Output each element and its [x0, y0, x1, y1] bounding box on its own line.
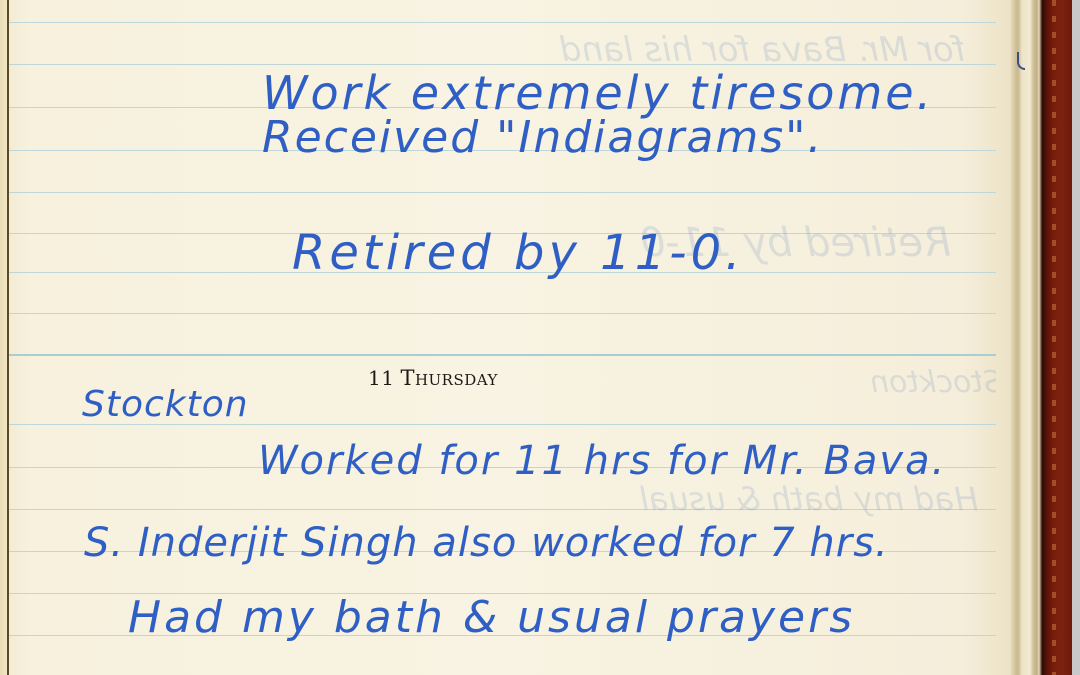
book-cover	[1042, 0, 1072, 675]
handwritten-line: Worked for 11 hrs for Mr. Bava.	[258, 438, 946, 484]
page-gutter	[0, 0, 7, 675]
entry-location: Stockton	[82, 384, 249, 425]
handwritten-line: Received "Indiagrams".	[262, 112, 823, 163]
scan-background	[1072, 0, 1080, 675]
cover-tooling	[1052, 0, 1056, 675]
section-divider-line	[9, 354, 996, 356]
ruled-line	[9, 192, 996, 193]
handwritten-line: Retired by 11-0.	[292, 225, 744, 281]
date-weekday: Thursday	[400, 366, 497, 390]
date-day-number: 11	[368, 366, 394, 390]
ruled-line	[9, 22, 996, 23]
page-edges	[996, 0, 1042, 675]
bleed-through-text: Had my bath & usual	[640, 480, 978, 518]
date-header: 11Thursday	[368, 366, 498, 390]
handwritten-line: S. Inderjit Singh also worked for 7 hrs.	[84, 520, 889, 566]
ruled-line	[9, 313, 996, 314]
gutter-margin-line	[7, 0, 9, 675]
bleed-through-text: for Mr. Bava for his land	[560, 30, 966, 70]
diary-page: for Mr. Bava for his land Stockton Had m…	[0, 0, 996, 675]
handwritten-line: Had my bath & usual prayers	[128, 592, 855, 643]
bleed-through-text: Stockton	[870, 365, 996, 400]
ink-mark	[1017, 52, 1025, 70]
